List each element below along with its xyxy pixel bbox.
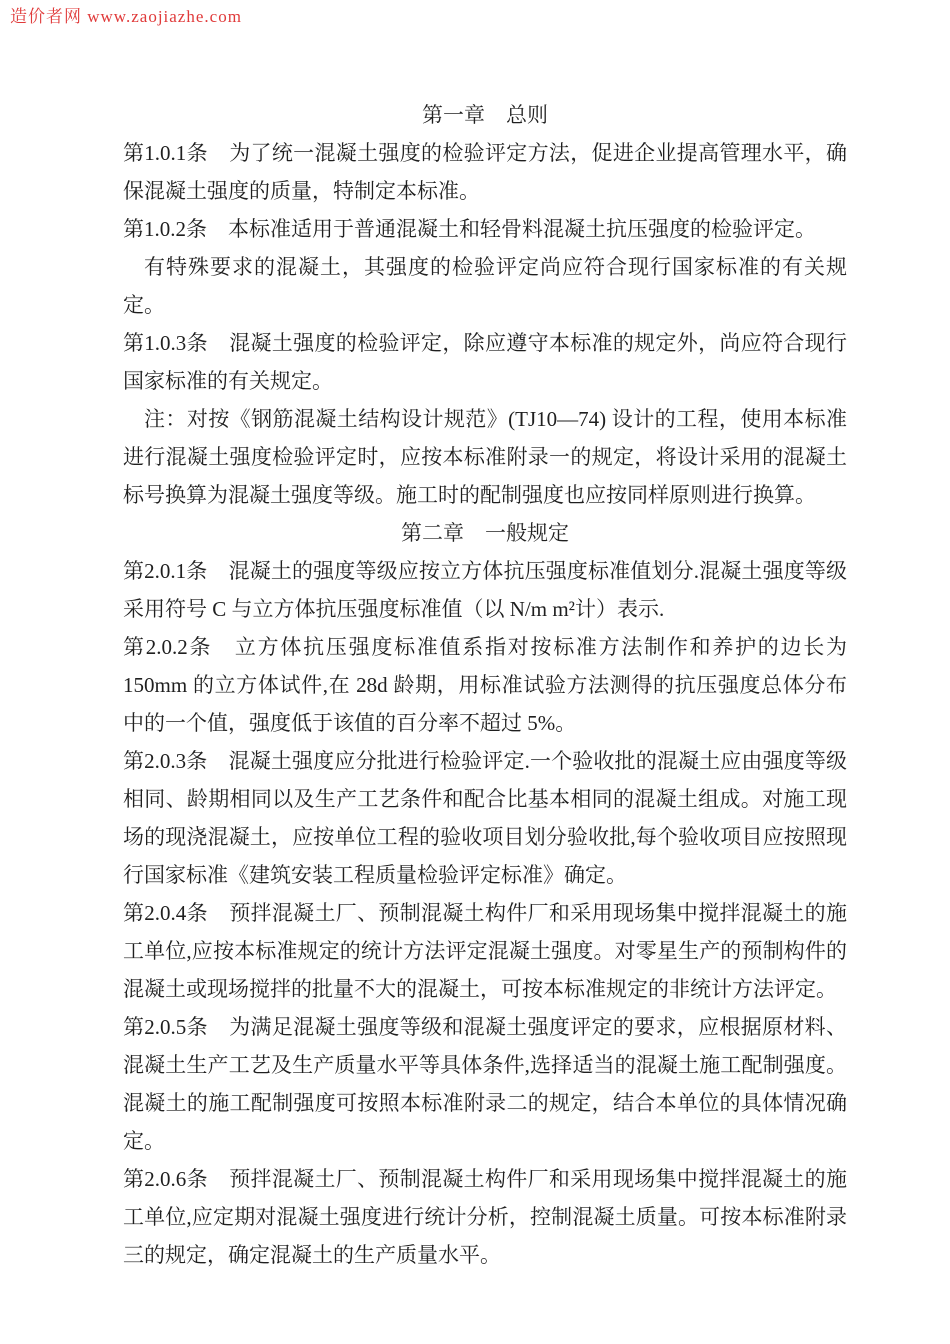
watermark-site-label: 造价者网 www.zaojiazhe.com [10,6,242,28]
chapter-1-title: 第一章 总则 [123,96,847,134]
article-2-0-4: 第2.0.4条 预拌混凝土厂、预制混凝土构件厂和采用现场集中搅拌混凝土的施工单位… [123,894,847,1008]
article-1-0-2-supplement: 有特殊要求的混凝土，其强度的检验评定尚应符合现行国家标准的有关规定。 [123,248,847,324]
article-1-0-2: 第1.0.2条 本标准适用于普通混凝土和轻骨料混凝土抗压强度的检验评定。 [123,210,847,248]
article-2-0-3: 第2.0.3条 混凝土强度应分批进行检验评定.一个验收批的混凝土应由强度等级相同… [123,742,847,894]
article-1-0-3: 第1.0.3条 混凝土强度的检验评定，除应遵守本标准的规定外，尚应符合现行国家标… [123,324,847,400]
chapter-2-title: 第二章 一般规定 [123,514,847,552]
article-2-0-2: 第2.0.2条 立方体抗压强度标准值系指对按标准方法制作和养护的边长为 150m… [123,628,847,742]
article-2-0-6: 第2.0.6条 预拌混凝土厂、预制混凝土构件厂和采用现场集中搅拌混凝土的施工单位… [123,1160,847,1274]
document-page: 造价者网 www.zaojiazhe.com 第一章 总则 第1.0.1条 为了… [0,0,950,1344]
article-1-0-3-note: 注：对按《钢筋混凝土结构设计规范》(TJ10—74) 设计的工程，使用本标准进行… [123,400,847,514]
document-body: 第一章 总则 第1.0.1条 为了统一混凝土强度的检验评定方法，促进企业提高管理… [123,96,847,1274]
article-1-0-1: 第1.0.1条 为了统一混凝土强度的检验评定方法，促进企业提高管理水平，确保混凝… [123,134,847,210]
article-2-0-5: 第2.0.5条 为满足混凝土强度等级和混凝土强度评定的要求，应根据原材料、混凝土… [123,1008,847,1160]
article-2-0-1: 第2.0.1条 混凝土的强度等级应按立方体抗压强度标准值划分.混凝土强度等级采用… [123,552,847,628]
